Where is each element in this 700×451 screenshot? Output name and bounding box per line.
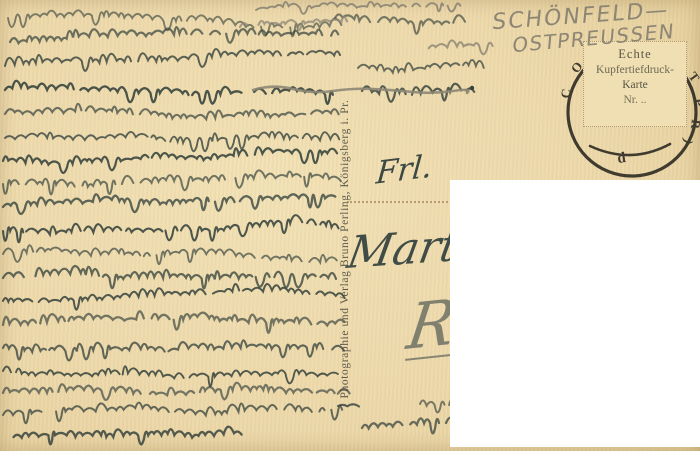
postmark-bottom-letter: d	[616, 150, 627, 167]
stamp-box-line: Kupfertiefdruck-	[584, 63, 686, 78]
stamp-box-line: Karte	[584, 78, 686, 93]
postcard-back: O C T P R ) d Echte Kupfertiefdruck- Kar…	[0, 0, 700, 451]
address-dotted-line	[347, 201, 452, 203]
postmark-letter: P	[691, 97, 700, 107]
stamp-box: Echte Kupfertiefdruck- Karte Nr. ..	[583, 41, 687, 127]
address-title: Frl.	[375, 148, 434, 192]
postmark-inner-arc	[590, 144, 670, 155]
postmark-letter: R	[688, 119, 700, 131]
stamp-box-line: Nr. ..	[584, 93, 686, 108]
blank-area	[450, 180, 700, 447]
